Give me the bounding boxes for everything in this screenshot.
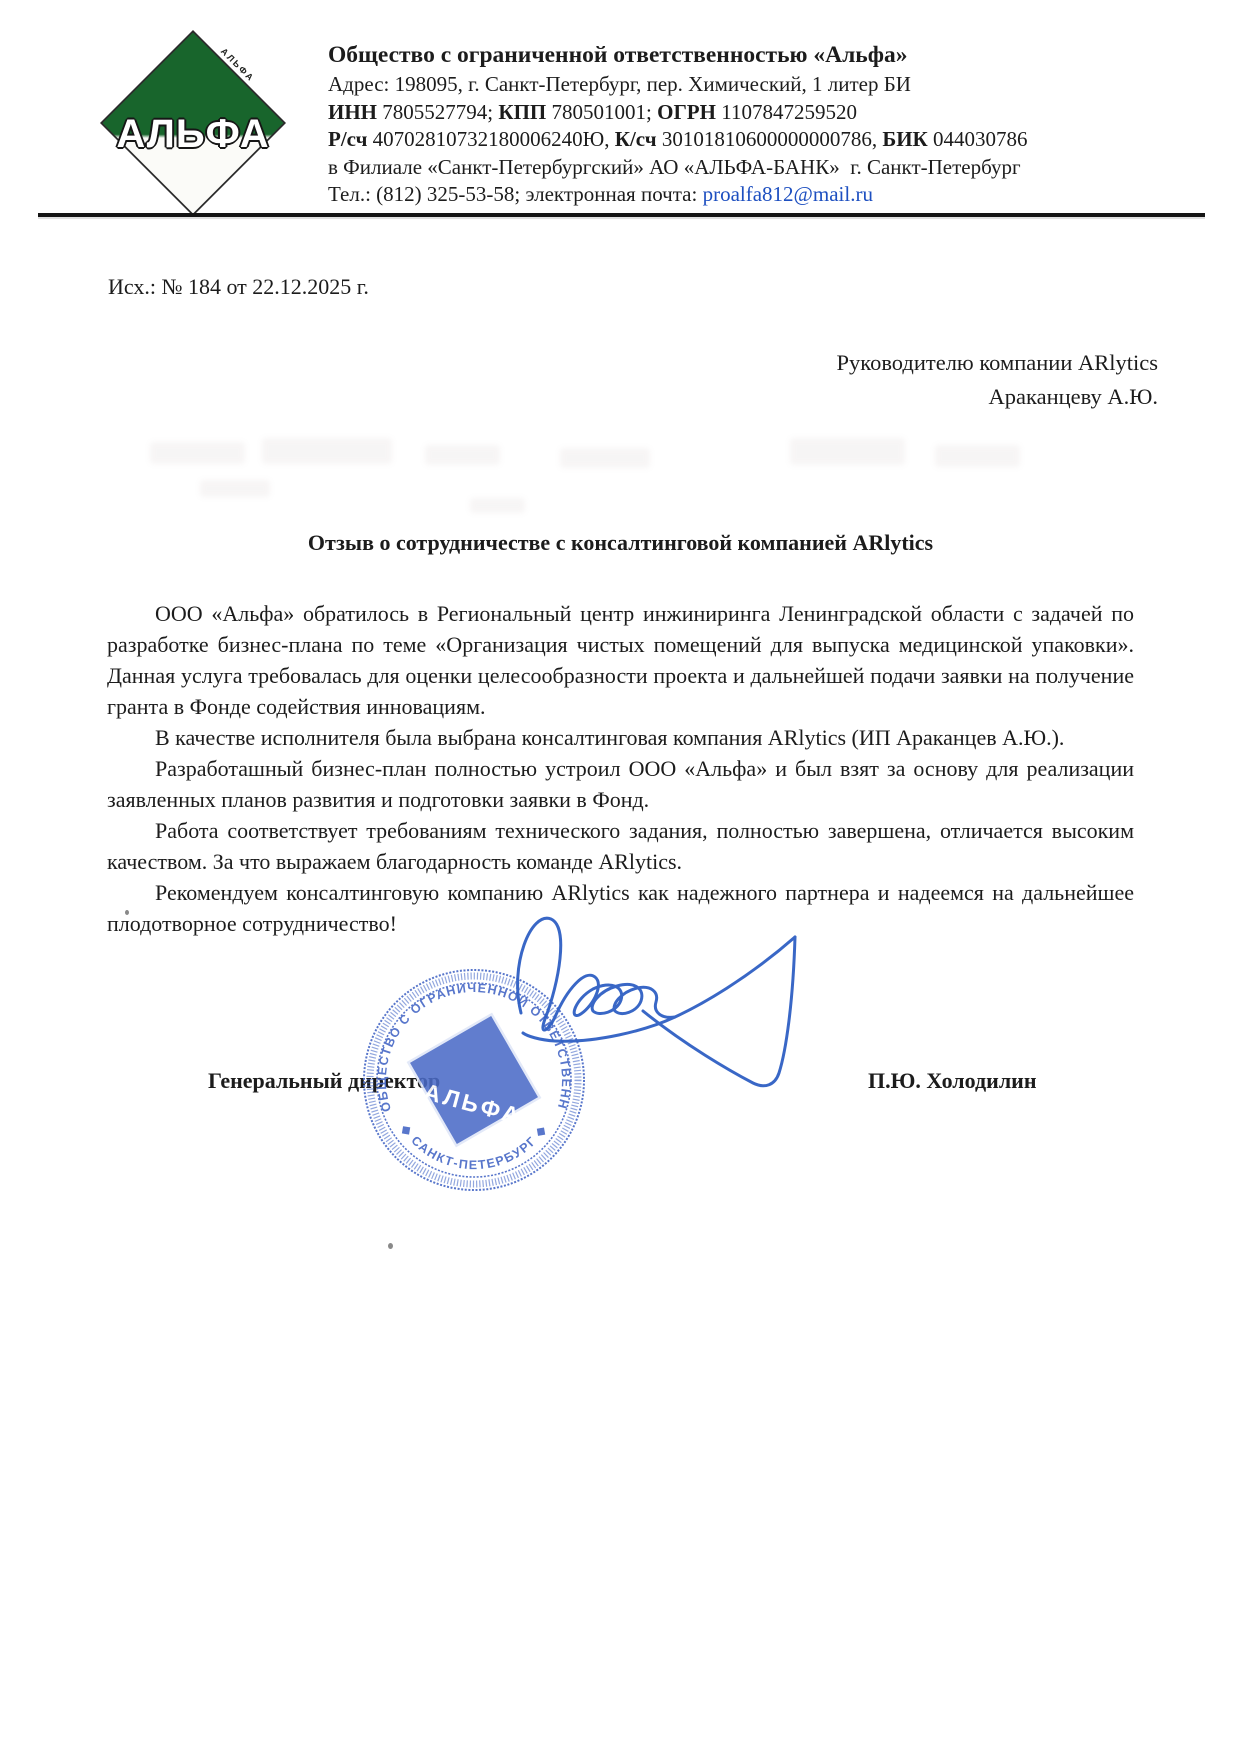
letter-title: Отзыв о сотрудничестве с консалтинговой … (107, 530, 1134, 556)
inn-value: 7805527794; (377, 100, 498, 124)
kpp-label: КПП (498, 100, 546, 124)
bleed-through-artifact (425, 445, 500, 465)
recipient-line1: Руководителю компании ARlytics (837, 346, 1158, 380)
paragraph: ООО «Альфа» обратилось в Региональный це… (107, 598, 1134, 722)
bleed-through-artifact (262, 438, 392, 464)
company-bank-line: Р/сч 40702810732180006240Ю, К/сч 3010181… (328, 126, 1218, 154)
paragraph: Разработашный бизнес-план полностью устр… (107, 753, 1134, 815)
recipient-line2: Араканцеву А.Ю. (837, 380, 1158, 414)
email-link[interactable]: proalfa812@mail.ru (703, 182, 873, 206)
ks-value: 30101810600000000786, (657, 127, 883, 151)
scan-speck (125, 910, 129, 915)
company-bank-branch: в Филиале «Санкт-Петербургский» АО «АЛЬФ… (328, 154, 1218, 182)
bik-label: БИК (882, 127, 927, 151)
bleed-through-artifact (790, 438, 905, 465)
rs-label: Р/сч (328, 127, 367, 151)
handwritten-signature (495, 893, 825, 1093)
paragraph: В качестве исполнителя была выбрана конс… (107, 722, 1134, 753)
bleed-through-artifact (150, 442, 245, 464)
ks-label: К/сч (615, 127, 657, 151)
company-logo: АЛЬФА АЛЬФА (100, 30, 286, 216)
company-name: Общество с ограниченной ответственностью… (328, 40, 1218, 70)
recipient-block: Руководителю компании ARlytics Араканцев… (837, 346, 1158, 414)
scanned-letter-page: АЛЬФА АЛЬФА Общество с ограниченной отве… (0, 0, 1240, 1754)
bik-value: 044030786 (928, 127, 1028, 151)
company-ids-line: ИНН 7805527794; КПП 780501001; ОГРН 1107… (328, 99, 1218, 127)
outgoing-ref-line: Исх.: № 184 от 22.12.2025 г. (108, 274, 369, 300)
logo-text: АЛЬФА (100, 112, 286, 157)
letterhead: Общество с ограниченной ответственностью… (328, 40, 1218, 209)
company-address: Адрес: 198095, г. Санкт-Петербург, пер. … (328, 71, 1218, 99)
paragraph: Работа соответствует требованиям техниче… (107, 815, 1134, 877)
letter-body: ООО «Альфа» обратилось в Региональный це… (107, 598, 1134, 939)
signatory-name: П.Ю. Холодилин (868, 1068, 1037, 1094)
bleed-through-artifact (470, 498, 525, 513)
inn-label: ИНН (328, 100, 377, 124)
phone-text: Тел.: (812) 325-53-58; электронная почта… (328, 182, 703, 206)
scan-speck (388, 1243, 393, 1249)
bleed-through-artifact (935, 445, 1020, 467)
ogrn-value: 1107847259520 (716, 100, 857, 124)
letterhead-divider (38, 213, 1205, 217)
rs-value: 40702810732180006240Ю, (367, 127, 614, 151)
company-contacts: Тел.: (812) 325-53-58; электронная почта… (328, 181, 1218, 209)
ogrn-label: ОГРН (657, 100, 716, 124)
bleed-through-artifact (200, 480, 270, 497)
bleed-through-artifact (560, 448, 650, 468)
kpp-value: 780501001; (546, 100, 657, 124)
